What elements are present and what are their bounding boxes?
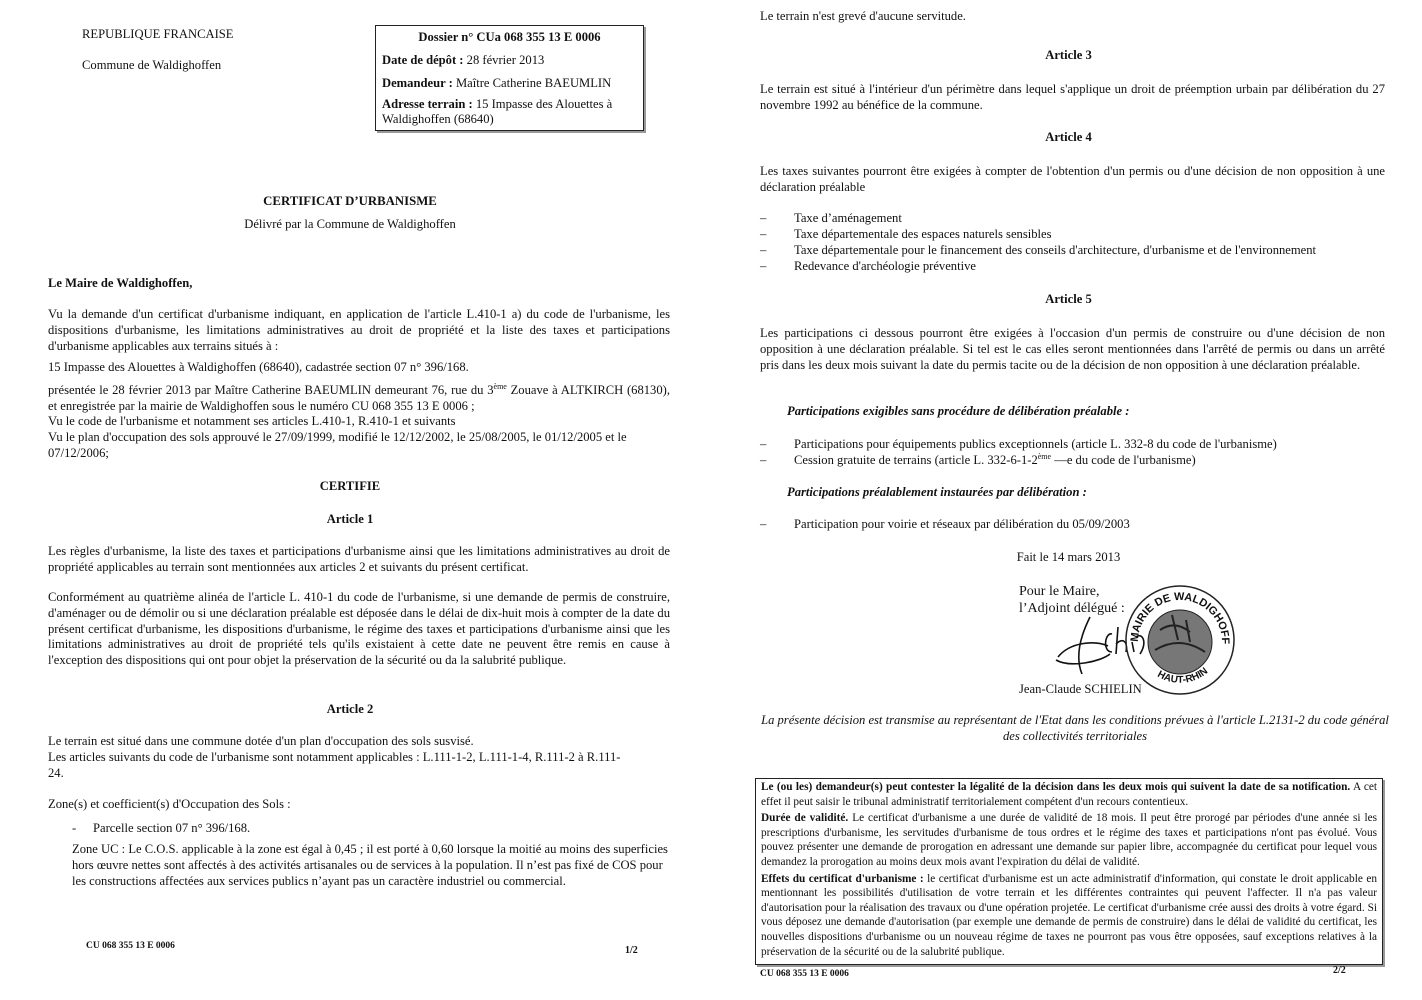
zone-uc-text: Zone UC : Le C.O.S. applicable à la zone… — [72, 842, 674, 889]
deposit-date-label: Date de dépôt : — [382, 53, 464, 67]
page-1: REPUBLIQUE FRANCAISE Commune de Waldigho… — [0, 0, 715, 1000]
tax-item: –Taxe départementale des espaces naturel… — [760, 226, 1400, 242]
tax-item-text: Taxe départementale pour le financement … — [794, 243, 1316, 257]
article-2-p1: Le terrain est situé dans une commune do… — [48, 734, 670, 750]
participation-item: –Cession gratuite de terrains (article L… — [760, 452, 1400, 468]
signature-line-1: Pour le Maire, — [1019, 583, 1125, 600]
article-3-heading: Article 3 — [715, 48, 1422, 63]
servitude-text: Le terrain n'est grevé d'aucune servitud… — [760, 8, 1385, 24]
page-2: Le terrain n'est grevé d'aucune servitud… — [715, 0, 1422, 1000]
notice-validity-bold: Durée de validité. — [761, 812, 848, 824]
group-1-label: Participations exigibles sans procédure … — [787, 404, 1129, 419]
footer-reference: CU 068 355 13 E 0006 — [86, 941, 175, 951]
dash: – — [760, 226, 766, 242]
page-number: 1/2 — [625, 945, 638, 956]
signed-date: Fait le 14 mars 2013 — [715, 550, 1422, 565]
transmission-note: La présente décision est transmise au re… — [760, 712, 1390, 744]
notice-effects-text: le certificat d'urbanisme est un acte ad… — [761, 873, 1377, 958]
republic-label: REPUBLIQUE FRANCAISE — [82, 27, 234, 42]
page-number: 2/2 — [1333, 965, 1346, 976]
tax-item-text: Redevance d'archéologie préventive — [794, 259, 976, 273]
article-1-p1: Les règles d'urbanisme, la liste des tax… — [48, 544, 670, 576]
participation-item: –Participations pour équipements publics… — [760, 436, 1400, 452]
notice-effects: Effets du certificat d'urbanisme : le ce… — [761, 872, 1377, 960]
dash: – — [760, 258, 766, 274]
dash: – — [760, 436, 766, 452]
notice-appeal: Le (ou les) demandeur(s) peut contester … — [761, 780, 1377, 809]
vu-code: Vu le code de l'urbanisme et notamment s… — [48, 414, 670, 430]
legal-notice-box: Le (ou les) demandeur(s) peut contester … — [755, 778, 1383, 965]
participation-item: –Participation pour voirie et réseaux pa… — [760, 516, 1400, 532]
ordinal-suffix: ème — [494, 382, 507, 391]
mayor-heading: Le Maire de Waldighoffen, — [48, 276, 192, 291]
notice-validity: Durée de validité. Le certificat d'urban… — [761, 811, 1377, 869]
participation-text-a: Cession gratuite de terrains (article L.… — [794, 453, 1038, 467]
participation-text: Participation pour voirie et réseaux par… — [794, 517, 1130, 531]
dossier-box: Dossier n° CUa 068 355 13 E 0006 Date de… — [375, 25, 644, 131]
participation-text-b: —e du code de l'urbanisme) — [1051, 453, 1196, 467]
article-5-text: Les participations ci dessous pourront ê… — [760, 325, 1385, 373]
notice-effects-bold: Effets du certificat d'urbanisme : — [761, 873, 924, 885]
vu-demande: Vu la demande d'un certificat d'urbanism… — [48, 307, 670, 354]
tax-item: –Taxe d’aménagement — [760, 210, 1400, 226]
group-2-list: –Participation pour voirie et réseaux pa… — [760, 516, 1400, 532]
article-5-heading: Article 5 — [715, 292, 1422, 307]
vu-plan: Vu le plan d'occupation des sols approuv… — [48, 430, 670, 462]
article-1-heading: Article 1 — [0, 512, 700, 527]
document-subtitle: Délivré par la Commune de Waldighoffen — [0, 217, 700, 232]
dash: – — [760, 452, 766, 468]
applicant-label: Demandeur : — [382, 76, 453, 90]
land-address-label: Adresse terrain : — [382, 97, 473, 111]
tax-item-text: Taxe d’aménagement — [794, 211, 902, 225]
article-3-text: Le terrain est situé à l'intérieur d'un … — [760, 81, 1385, 113]
presented-by-a: présentée le 28 février 2013 par Maître … — [48, 383, 494, 397]
notice-appeal-bold: Le (ou les) demandeur(s) peut contester … — [761, 781, 1350, 793]
group-2-label: Participations préalablement instaurées … — [787, 485, 1087, 500]
document-title: CERTIFICAT D’URBANISME — [0, 194, 700, 209]
commune-label: Commune de Waldighoffen — [82, 58, 221, 73]
tax-item: –Redevance d'archéologie préventive — [760, 258, 1400, 274]
participation-text: Participations pour équipements publics … — [794, 437, 1277, 451]
article-2-p2: Les articles suivants du code de l'urban… — [48, 750, 633, 782]
certifie-heading: CERTIFIE — [0, 479, 700, 494]
tax-item-text: Taxe départementale des espaces naturels… — [794, 227, 1052, 241]
site-address: 15 Impasse des Alouettes à Waldighoffen … — [48, 360, 670, 376]
presented-by: présentée le 28 février 2013 par Maître … — [48, 383, 670, 415]
applicant: Demandeur : Maître Catherine BAEUMLIN — [382, 74, 637, 92]
article-4-heading: Article 4 — [715, 130, 1422, 145]
tax-list: –Taxe d’aménagement –Taxe départementale… — [760, 210, 1400, 274]
dash: – — [760, 210, 766, 226]
signatory-name: Jean-Claude SCHIELIN — [1019, 682, 1142, 697]
zones-label: Zone(s) et coefficient(s) d'Occupation d… — [48, 797, 670, 813]
ordinal-suffix: ème — [1038, 452, 1051, 461]
tax-item: –Taxe départementale pour le financement… — [760, 242, 1400, 258]
parcel-text: Parcelle section 07 n° 396/168. — [93, 821, 250, 835]
land-address: Adresse terrain : 15 Impasse des Alouett… — [382, 97, 637, 127]
footer-reference: CU 068 355 13 E 0006 — [760, 969, 849, 979]
deposit-date: Date de dépôt : 28 février 2013 — [382, 51, 637, 69]
dash: – — [760, 516, 766, 532]
article-2-heading: Article 2 — [0, 702, 700, 717]
dossier-number: Dossier n° CUa 068 355 13 E 0006 — [382, 28, 637, 46]
applicant-value: Maître Catherine BAEUMLIN — [456, 76, 611, 90]
notice-validity-text: Le certificat d'urbanisme a une durée de… — [761, 812, 1377, 868]
article-1-p2: Conformément au quatrième alinéa de l'ar… — [48, 590, 670, 669]
article-4-text: Les taxes suivantes pourront être exigée… — [760, 163, 1385, 195]
group-1-list: –Participations pour équipements publics… — [760, 436, 1400, 468]
parcel-item: -Parcelle section 07 n° 396/168. — [72, 821, 250, 836]
dash: – — [760, 242, 766, 258]
deposit-date-value: 28 février 2013 — [467, 53, 545, 67]
